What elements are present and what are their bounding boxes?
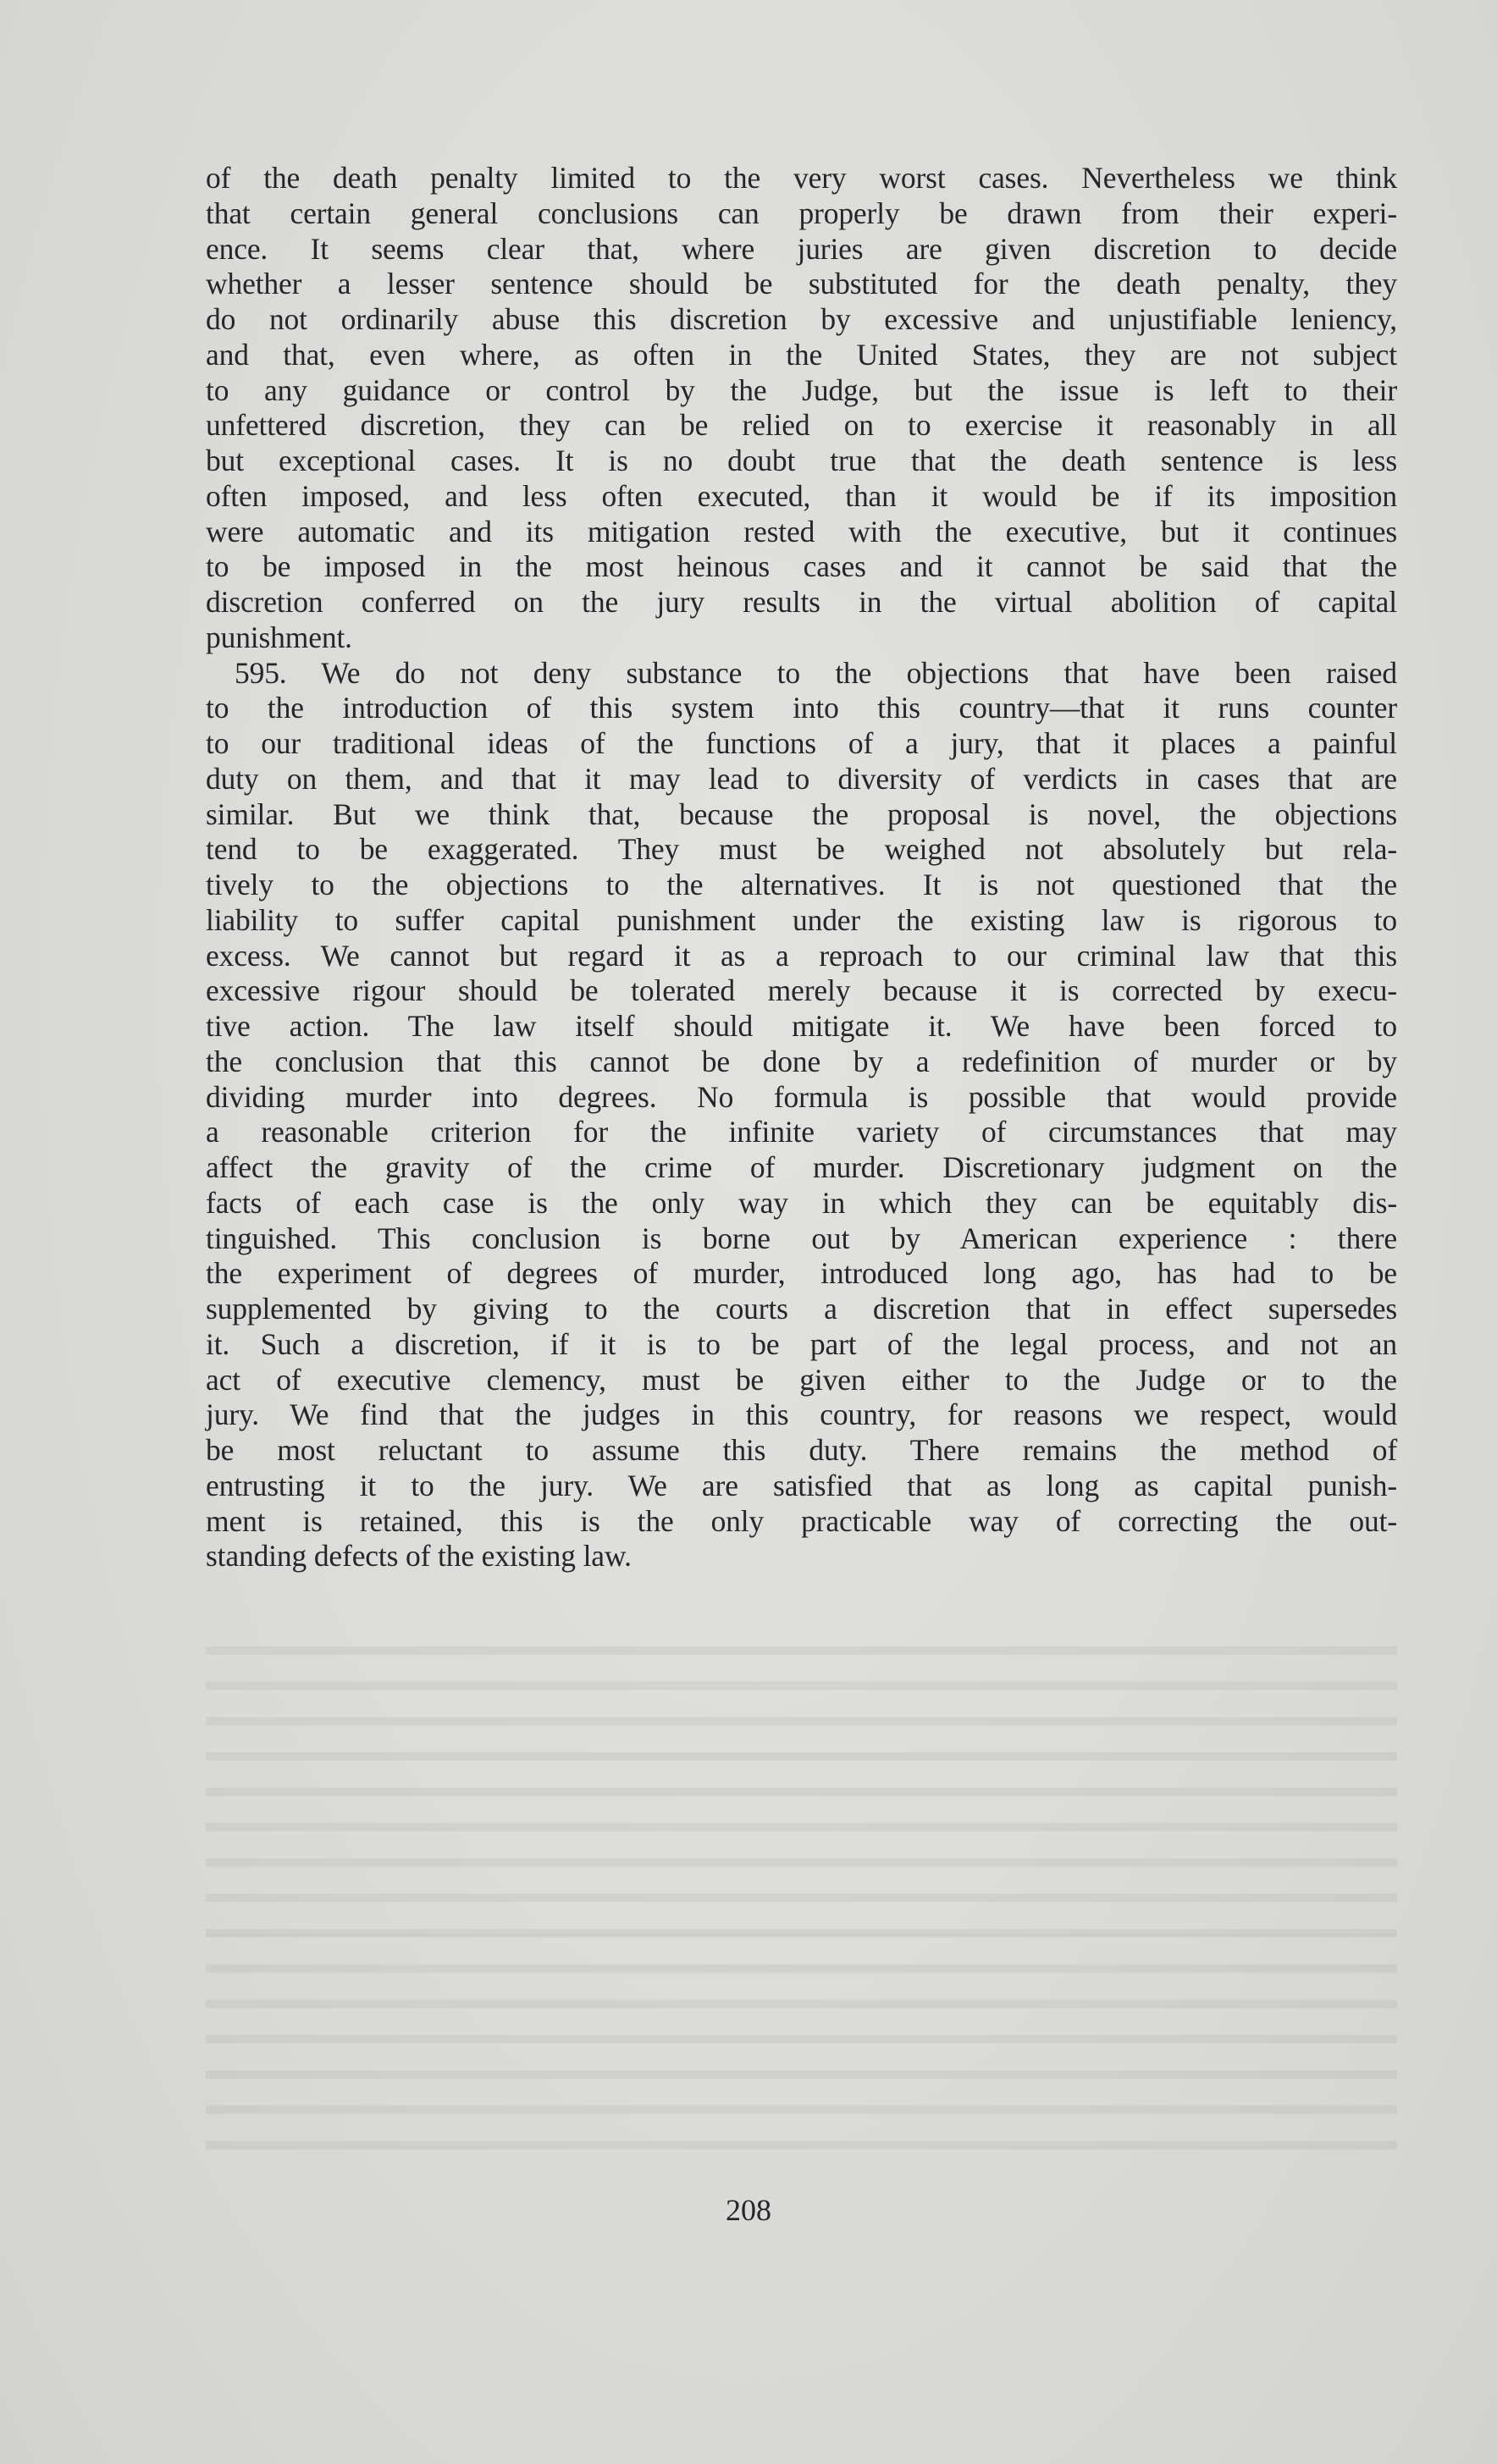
text-line: tend to be exaggerated. They must be wei… xyxy=(206,832,1397,868)
text-line: ence. It seems clear that, where juries … xyxy=(206,232,1397,267)
body-text: of the death penalty limited to the very… xyxy=(206,161,1397,1574)
text-line: tive action. The law itself should mitig… xyxy=(206,1009,1397,1045)
page-number: 208 xyxy=(0,2192,1497,2228)
text-line: often imposed, and less often executed, … xyxy=(206,479,1397,515)
text-line: but exceptional cases. It is no doubt tr… xyxy=(206,444,1397,479)
text-line: tinguished. This conclusion is borne out… xyxy=(206,1221,1397,1257)
text-line: to our traditional ideas of the function… xyxy=(206,726,1397,762)
text-line: the conclusion that this cannot be done … xyxy=(206,1045,1397,1080)
text-line: affect the gravity of the crime of murde… xyxy=(206,1150,1397,1186)
text-line: the experiment of degrees of murder, int… xyxy=(206,1256,1397,1292)
text-line: whether a lesser sentence should be subs… xyxy=(206,267,1397,302)
text-line: excess. We cannot but regard it as a rep… xyxy=(206,939,1397,974)
text-line: that certain general conclusions can pro… xyxy=(206,196,1397,232)
text-line: were automatic and its mitigation rested… xyxy=(206,515,1397,550)
text-line: to the introduction of this system into … xyxy=(206,691,1397,726)
text-line: entrusting it to the jury. We are satisf… xyxy=(206,1469,1397,1504)
paragraph-continuation: of the death penalty limited to the very… xyxy=(206,161,1397,656)
text-line: do not ordinarily abuse this discretion … xyxy=(206,302,1397,338)
text-line: act of executive clemency, must be given… xyxy=(206,1363,1397,1398)
bleed-through-texture xyxy=(206,1629,1397,2154)
text-line: ment is retained, this is the only pract… xyxy=(206,1504,1397,1540)
text-line: discretion conferred on the jury results… xyxy=(206,585,1397,620)
text-line: excessive rigour should be tolerated mer… xyxy=(206,973,1397,1009)
text-line: a reasonable criterion for the infinite … xyxy=(206,1115,1397,1150)
text-line: and that, even where, as often in the Un… xyxy=(206,338,1397,373)
text-line: liability to suffer capital punishment u… xyxy=(206,903,1397,939)
text-line: 595. We do not deny substance to the obj… xyxy=(206,656,1397,692)
text-line: to any guidance or control by the Judge,… xyxy=(206,373,1397,409)
text-line: be most reluctant to assume this duty. T… xyxy=(206,1433,1397,1469)
text-line: it. Such a discretion, if it is to be pa… xyxy=(206,1327,1397,1363)
paragraph-595: 595. We do not deny substance to the obj… xyxy=(206,656,1397,1575)
text-line: unfettered discretion, they can be relie… xyxy=(206,408,1397,444)
book-page: of the death penalty limited to the very… xyxy=(0,0,1497,2464)
text-line: facts of each case is the only way in wh… xyxy=(206,1186,1397,1221)
text-line: of the death penalty limited to the very… xyxy=(206,161,1397,196)
text-line: punishment. xyxy=(206,620,1397,656)
bleed-through-footnote-rule xyxy=(206,1934,1397,1935)
text-line: to be imposed in the most heinous cases … xyxy=(206,549,1397,585)
text-line: duty on them, and that it may lead to di… xyxy=(206,762,1397,797)
text-line: tively to the objections to the alternat… xyxy=(206,868,1397,903)
text-line: supplemented by giving to the courts a d… xyxy=(206,1292,1397,1327)
text-line: standing defects of the existing law. xyxy=(206,1539,1397,1574)
text-line: similar. But we think that, because the … xyxy=(206,797,1397,833)
text-line: dividing murder into degrees. No formula… xyxy=(206,1080,1397,1116)
text-line: jury. We find that the judges in this co… xyxy=(206,1397,1397,1433)
